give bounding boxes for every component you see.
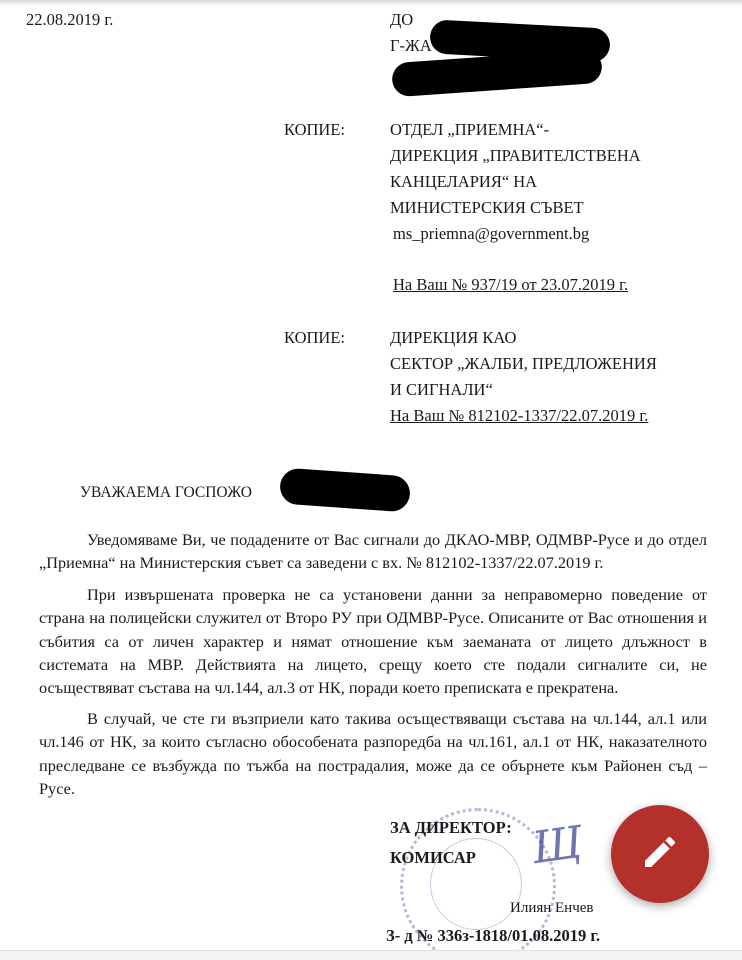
- signer-name: Илиян Енчев: [510, 900, 594, 917]
- body-paragraph: При извършената проверка не са установен…: [39, 583, 707, 699]
- copy1-line: ОТДЕЛ „ПРИЕМНА“-: [390, 120, 549, 140]
- redaction-mark: [391, 49, 603, 98]
- copy1-reference: На Ваш № 937/19 от 23.07.2019 г.: [393, 275, 628, 295]
- bottom-bar: [0, 950, 742, 960]
- copy1-line: ДИРЕКЦИЯ „ПРАВИТЕЛСТВЕНА: [390, 146, 641, 166]
- copy1-label: КОПИЕ:: [284, 120, 345, 140]
- copy2-line: СЕКТОР „ЖАЛБИ, ПРЕДЛОЖЕНИЯ: [390, 354, 657, 374]
- copy2-line: ДИРЕКЦИЯ КАО: [390, 328, 516, 348]
- edit-button[interactable]: [611, 805, 709, 903]
- registration-number: З- д № 336з-1818/01.08.2019 г.: [386, 926, 600, 946]
- handwritten-signature: Щ: [529, 817, 586, 874]
- for-director-label: ЗА ДИРЕКТОР:: [390, 818, 512, 838]
- body-paragraph: В случай, че сте ги възприели като такив…: [39, 707, 707, 800]
- document-date: 22.08.2019 г.: [26, 10, 113, 30]
- copy2-line: И СИГНАЛИ“: [390, 380, 493, 400]
- signer-title: КОМИСАР: [390, 848, 476, 868]
- copy2-reference: На Ваш № 812102-1337/22.07.2019 г.: [390, 406, 648, 426]
- copy1-line: КАНЦЕЛАРИЯ“ НА: [390, 172, 537, 192]
- salutation: УВАЖАЕМА ГОСПОЖО: [80, 484, 252, 502]
- top-shadow: [0, 0, 742, 6]
- pencil-icon: [640, 832, 680, 877]
- body-paragraph: Уведомяваме Ви, че подадените от Вас сиг…: [39, 528, 707, 575]
- to-label: ДО: [390, 10, 413, 30]
- recipient-prefix: Г-ЖА: [390, 36, 432, 56]
- copy2-label: КОПИЕ:: [284, 328, 345, 348]
- copy1-email: ms_priemna@government.bg: [393, 224, 589, 244]
- copy1-line: МИНИСТЕРСКИЯ СЪВЕТ: [390, 198, 584, 218]
- redaction-mark: [279, 468, 411, 513]
